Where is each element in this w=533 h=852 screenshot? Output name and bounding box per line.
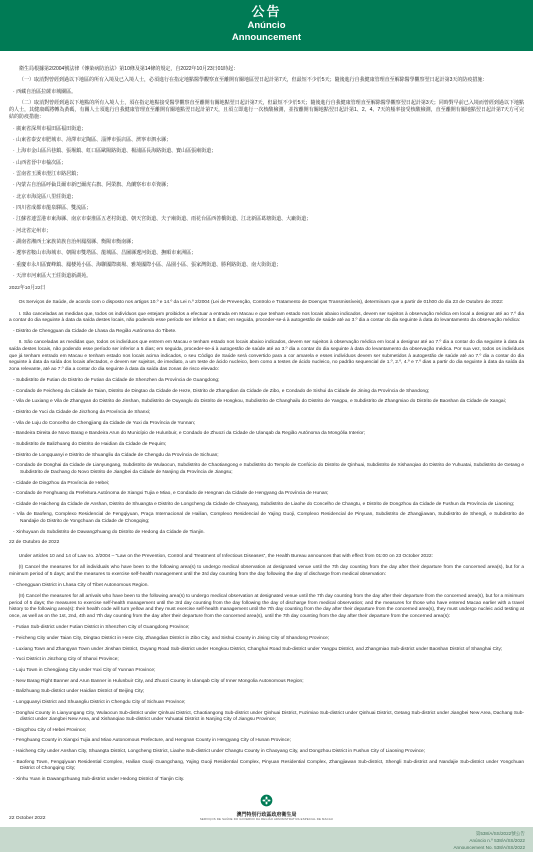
list-item: 重慶市永川區寶峰鎮、鳳棲苑小區、海聯國際廣場、雅境國際小區、品園小區、張家灣街道… (13, 262, 524, 269)
list-item: Baofeng Town, Fengqiyuan Residential Com… (13, 760, 524, 773)
pt-area-list-2: Subdistrito de Futian do Distrito de Fut… (9, 378, 524, 536)
list-item: 湖南省湘西土家族苗族自治州鳳凰縣、衡陽市衡南縣； (13, 239, 524, 246)
section-english: Under articles 10 and 14 of Law no. 2/20… (9, 554, 524, 783)
list-item: 內蒙古自治區呼倫貝爾市新巴爾虎右旗、阿榮旗、烏蘭察布市卓資縣； (13, 182, 524, 189)
list-item: Haicheng City under Anshan City, Shuangt… (13, 749, 524, 755)
en-area-list-1: Chengguan District in Lhasa City of Tibe… (9, 583, 524, 589)
list-item: Fenghuang County in Xiangxi Tujia and Mi… (13, 738, 524, 744)
en-area-list-2: Futian Sub-district under Futian Distric… (9, 625, 524, 783)
en-measure-1-paragraph: (I) Cancel the measures for all individu… (9, 565, 524, 578)
list-item: 廣東省深圳市福田區福田街道； (13, 126, 524, 133)
zh-area-list-2: 廣東省深圳市福田區福田街道；山東省泰安市肥城市、菏澤市定陶區、淄博市張店區、濟寧… (9, 126, 524, 280)
list-item: Distrito de Yuci da Cidade de Jinzhong d… (13, 410, 524, 416)
en-measure-2-paragraph: (II) Cancel the measures for all arrival… (9, 594, 524, 621)
health-bureau-brand: 澳門特別行政區政府衛生局 SERVIÇOS DE SAÚDE DO GOVERN… (0, 794, 533, 822)
reference-number-bar: 第538/A/SS/2022號公告 Anúncio n.º 538/A/SS/2… (0, 827, 533, 852)
list-item: Subdistrito de Balizhuang do Distrito de… (13, 442, 524, 448)
reference-number-pt: Anúncio n.º 538/A/SS/2022 (453, 838, 525, 845)
reference-number-zh: 第538/A/SS/2022號公告 (453, 831, 525, 838)
header-title-pt: Anúncio (0, 20, 533, 32)
list-item: 北京市海淀區八里莊街道； (13, 194, 524, 201)
list-item: Xinhu Yuan in Dawangzhuang Sub-district … (13, 777, 524, 783)
list-item: 遼寧省鞍山市海城市、朝陽市雙塔區、龍城區、昌圖縣遼河街道、撫順市東洲區； (13, 250, 524, 257)
pt-measure-1-paragraph: I. São canceladas as medidas que, todos … (9, 312, 524, 325)
announcement-footer: 22 October 2022 澳門特別行政區政府衛生局 SERVIÇOS DE… (0, 794, 533, 827)
list-item: Longquanyi District and Shuangliu Distri… (13, 700, 524, 706)
zh-area-list-1: 西藏自治區拉薩市城關區。 (9, 89, 524, 96)
list-item: Subdistrito de Futian do Distrito de Fut… (13, 378, 524, 384)
list-item: 江蘇省連雲港市東海縣、南京市秦淮區五老村街道、朝天宮街道、夫子廟街道、雨花台區西… (13, 216, 524, 223)
list-item: Cidade de Dingzhou da Província de Hebei… (13, 481, 524, 487)
pt-area-list-1: Distrito de Chengguan da Cidade de Lhasa… (9, 329, 524, 335)
list-item: Distrito de Longquanyi e Distrito de Shu… (13, 453, 524, 459)
list-item: Chengguan District in Lhasa City of Tibe… (13, 583, 524, 589)
list-item: New Barag Right Banner and Arun Banner i… (13, 679, 524, 685)
header-title-zh: 公告 (0, 5, 533, 20)
announcement-page: 公告 Anúncio Announcement 衛生局根據第2/2004號法律《… (0, 0, 533, 852)
list-item: 河北省定州市； (13, 228, 524, 235)
list-item: Condado de Donghai da Cidade de Lianyung… (13, 463, 524, 476)
list-item: Balizhuang Sub-district under Haidian Di… (13, 689, 524, 695)
en-intro-paragraph: Under articles 10 and 14 of Law no. 2/20… (9, 554, 524, 561)
header-title-en: Announcement (0, 32, 533, 44)
list-item: Luju Town in Chengjiang City under Yuxi … (13, 668, 524, 674)
announcement-header: 公告 Anúncio Announcement (0, 0, 533, 51)
zh-measure-2-paragraph: （二）取消對曾經到過以下地點的所有入境人士，須在指定地點接受醫學觀察直至離開有關… (9, 100, 524, 121)
announcement-body: 衛生局根據第2/2004號法律《傳染病防治法》第10條及第14條的規定，自202… (0, 51, 533, 784)
pt-date: 22 de Outubro de 2022 (9, 540, 524, 545)
list-item: 西藏自治區拉薩市城關區。 (13, 89, 524, 96)
list-item: 雲南省玉溪市澄江市路居鎮； (13, 171, 524, 178)
list-item: 天津市河東區大王莊街道新湖苑。 (13, 273, 524, 280)
list-item: Luxiang Town and Zhangyan Town under Jin… (13, 647, 524, 653)
list-item: Futian Sub-district under Futian Distric… (13, 625, 524, 631)
pt-intro-paragraph: Os Serviços de Saúde, de acordo com o di… (9, 300, 524, 307)
list-item: Bandeira Direita de Novo Barag e Bandeir… (13, 431, 524, 437)
list-item: Donghai County in Lianyungang City, Wula… (13, 711, 524, 724)
list-item: 山西省晉中市榆次區； (13, 160, 524, 167)
list-item: Feicheng City under Taian City, Dingtao … (13, 636, 524, 642)
health-bureau-logo-icon (260, 794, 273, 807)
list-item: Vila de Baofeng, Complexo Residencial de… (13, 512, 524, 525)
list-item: Condado de Fenghuang da Prefeitura Autón… (13, 491, 524, 497)
list-item: Yuci District in Jinzhong City of Shanxi… (13, 657, 524, 663)
list-item: Xinhuyuan do Subdistrito de Dawangzhuang… (13, 530, 524, 536)
section-portuguese: Os Serviços de Saúde, de acordo com o di… (9, 300, 524, 545)
list-item: Condado de Feicheng da Cidade de Taian, … (13, 389, 524, 395)
list-item: Vila de Luju do Concelho de Chengjiang d… (13, 421, 524, 427)
zh-date: 2022年10月22日 (9, 284, 524, 291)
list-item: 四川省成都市龍泉驛區、雙流區； (13, 205, 524, 212)
bureau-name-pt: SERVIÇOS DE SAÚDE DO GOVERNO DA REGIÃO A… (0, 818, 533, 822)
list-item: Cidade de Haicheng da Cidade de Anshan, … (13, 502, 524, 508)
reference-number-en: Announcement No. 538/A/SS/2022 (453, 845, 525, 852)
zh-measure-1-paragraph: （一）取消對曾經到過以下地區的所有入境及已入境人士，必須進行在指定地點醫學觀察直… (9, 77, 524, 84)
zh-intro-paragraph: 衛生局根據第2/2004號法律《傳染病防治法》第10條及第14條的規定，自202… (9, 66, 524, 73)
list-item: Dingzhou City of Hebei Province; (13, 728, 524, 734)
list-item: 山東省泰安市肥城市、菏澤市定陶區、淄博市張店區、濟寧市泗水縣； (13, 137, 524, 144)
section-chinese: 衛生局根據第2/2004號法律《傳染病防治法》第10條及第14條的規定，自202… (9, 66, 524, 292)
list-item: Distrito de Chengguan da Cidade de Lhasa… (13, 329, 524, 335)
list-item: Vila de Luxiang e Vila de Zhangyan do Di… (13, 399, 524, 405)
list-item: 上海市金山區呂巷鎮、張堰鎮、虹口區歐陽路街道、楊浦區長海路街道、寶山區張廟街道； (13, 148, 524, 155)
reference-numbers: 第538/A/SS/2022號公告 Anúncio n.º 538/A/SS/2… (453, 831, 525, 852)
pt-measure-2-paragraph: II. São canceladas as medidas que, todos… (9, 340, 524, 374)
